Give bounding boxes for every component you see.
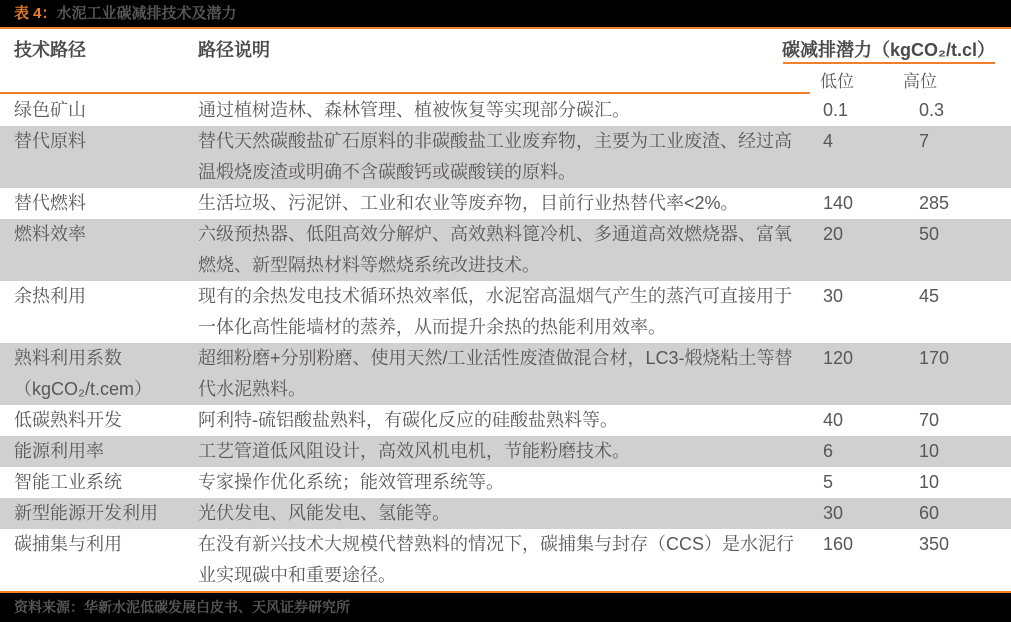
table-row: 替代燃料 生活垃圾、污泥饼、工业和农业等废弃物，目前行业热替代率<2%。 140…	[0, 188, 1011, 219]
cell-tech-path: 替代燃料	[14, 188, 198, 219]
table-row: 智能工业系统 专家操作优化系统；能效管理系统等。 5 10	[0, 467, 1011, 498]
cell-low-value: 30	[810, 498, 906, 529]
cell-tech-path: 绿色矿山	[14, 95, 198, 126]
cell-high-value: 285	[906, 188, 1011, 219]
cell-path-description: 六级预热器、低阻高效分解炉、高效熟料篦冷机、多通道高效燃烧器、富氧燃烧、新型隔热…	[198, 219, 810, 281]
cell-high-value: 170	[906, 343, 1011, 405]
table-title: 水泥工业碳减排技术及潜力	[57, 5, 237, 22]
cell-tech-path: 燃料效率	[14, 219, 198, 281]
cell-tech-path: 碳捕集与利用	[14, 529, 198, 591]
cell-path-description: 替代天然碳酸盐矿石原料的非碳酸盐工业废弃物，主要为工业废渣、经过高温煅烧废渣或明…	[198, 126, 810, 188]
cell-low-value: 160	[810, 529, 906, 591]
table-row: 低碳熟料开发 阿利特-硫铝酸盐熟料，有碳化反应的硅酸盐熟料等。 40 70	[0, 405, 1011, 436]
column-header-path-description: 路径说明	[198, 36, 270, 62]
cell-tech-path: 能源利用率	[14, 436, 198, 467]
cell-low-value: 20	[810, 219, 906, 281]
cell-tech-path: 替代原料	[14, 126, 198, 188]
cell-low-value: 6	[810, 436, 906, 467]
cell-tech-path: 熟料利用系数 （kgCO₂/t.cem）	[14, 343, 198, 405]
cell-high-value: 7	[906, 126, 1011, 188]
table-row: 熟料利用系数 （kgCO₂/t.cem） 超细粉磨+分别粉磨、使用天然/工业活性…	[0, 343, 1011, 405]
cell-high-value: 60	[906, 498, 1011, 529]
column-header-low: 低位	[820, 67, 854, 92]
column-header-tech-path: 技术路径	[14, 36, 86, 62]
report-table-page: 表 4：水泥工业碳减排技术及潜力 技术路径 路径说明 碳减排潜力（kgCO₂/t…	[0, 0, 1011, 622]
cell-path-description: 生活垃圾、污泥饼、工业和农业等废弃物，目前行业热替代率<2%。	[198, 188, 810, 219]
source-note: 资料来源：华新水泥低碳发展白皮书、天风证券研究所	[0, 593, 1011, 622]
table-row: 替代原料 替代天然碳酸盐矿石原料的非碳酸盐工业废弃物，主要为工业废渣、经过高温煅…	[0, 126, 1011, 188]
cell-high-value: 50	[906, 219, 1011, 281]
column-header-high: 高位	[903, 67, 937, 92]
table-row: 余热利用 现有的余热发电技术循环热效率低，水泥窑高温烟气产生的蒸汽可直接用于一体…	[0, 281, 1011, 343]
cell-path-description: 专家操作优化系统；能效管理系统等。	[198, 467, 810, 498]
cell-low-value: 4	[810, 126, 906, 188]
cell-low-value: 120	[810, 343, 906, 405]
cell-low-value: 5	[810, 467, 906, 498]
cell-low-value: 140	[810, 188, 906, 219]
cell-low-value: 40	[810, 405, 906, 436]
cell-high-value: 70	[906, 405, 1011, 436]
column-header-carbon-potential-group: 碳减排潜力（kgCO₂/t.cl）	[782, 36, 995, 62]
cell-high-value: 10	[906, 467, 1011, 498]
table-row: 绿色矿山 通过植树造林、森林管理、植被恢复等实现部分碳汇。 0.1 0.3	[0, 95, 1011, 126]
cell-high-value: 10	[906, 436, 1011, 467]
cell-path-description: 光伏发电、风能发电、氢能等。	[198, 498, 810, 529]
table-title-bar: 表 4：水泥工业碳减排技术及潜力	[0, 0, 1011, 27]
cell-path-description: 现有的余热发电技术循环热效率低，水泥窑高温烟气产生的蒸汽可直接用于一体化高性能墙…	[198, 281, 810, 343]
cell-tech-path: 新型能源开发利用	[14, 498, 198, 529]
cell-high-value: 0.3	[906, 95, 1011, 126]
group-header-underline	[783, 62, 995, 64]
table-header: 技术路径 路径说明 碳减排潜力（kgCO₂/t.cl） 低位 高位	[0, 29, 1011, 95]
table-row: 燃料效率 六级预热器、低阻高效分解炉、高效熟料篦冷机、多通道高效燃烧器、富氧燃烧…	[0, 219, 1011, 281]
header-bottom-border	[0, 92, 810, 94]
table-row: 能源利用率 工艺管道低风阻设计，高效风机电机，节能粉磨技术。 6 10	[0, 436, 1011, 467]
table-row: 新型能源开发利用 光伏发电、风能发电、氢能等。 30 60	[0, 498, 1011, 529]
table-body: 绿色矿山 通过植树造林、森林管理、植被恢复等实现部分碳汇。 0.1 0.3 替代…	[0, 95, 1011, 591]
cell-high-value: 45	[906, 281, 1011, 343]
cell-tech-path: 智能工业系统	[14, 467, 198, 498]
cell-path-description: 超细粉磨+分别粉磨、使用天然/工业活性废渣做混合材，LC3-煅烧粘土等替代水泥熟…	[198, 343, 810, 405]
cell-low-value: 0.1	[810, 95, 906, 126]
cell-path-description: 通过植树造林、森林管理、植被恢复等实现部分碳汇。	[198, 95, 810, 126]
cell-path-description: 阿利特-硫铝酸盐熟料，有碳化反应的硅酸盐熟料等。	[198, 405, 810, 436]
cell-path-description: 工艺管道低风阻设计，高效风机电机，节能粉磨技术。	[198, 436, 810, 467]
cell-low-value: 30	[810, 281, 906, 343]
cell-path-description: 在没有新兴技术大规模代替熟料的情况下，碳捕集与封存（CCS）是水泥行业实现碳中和…	[198, 529, 810, 591]
cell-high-value: 350	[906, 529, 1011, 591]
table-row: 碳捕集与利用 在没有新兴技术大规模代替熟料的情况下，碳捕集与封存（CCS）是水泥…	[0, 529, 1011, 591]
table-number-label: 表 4：	[14, 5, 57, 22]
cell-tech-path: 余热利用	[14, 281, 198, 343]
cell-tech-path: 低碳熟料开发	[14, 405, 198, 436]
